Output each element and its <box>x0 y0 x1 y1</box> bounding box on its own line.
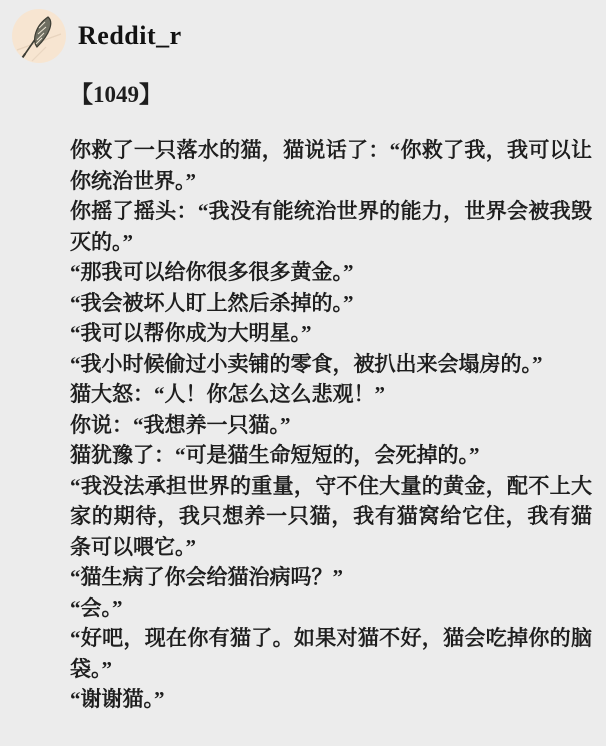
post-paragraph: “那我可以给你很多很多黄金。” <box>70 257 592 288</box>
avatar[interactable] <box>12 9 66 63</box>
post-paragraph: 你救了一只落水的猫，猫说话了：“你救了我，我可以让你统治世界。” <box>70 135 592 196</box>
post-paragraph: “我没法承担世界的重量，守不住大量的黄金，配不上大家的期待，我只想养一只猫，我有… <box>70 471 592 563</box>
post-number-tag: 【1049】 <box>70 76 606 109</box>
post-paragraph: “猫生病了你会给猫治病吗？” <box>70 562 592 593</box>
post-body: 你救了一只落水的猫，猫说话了：“你救了我，我可以让你统治世界。”你摇了摇头：“我… <box>70 135 592 715</box>
post-paragraph: “我可以帮你成为大明星。” <box>70 318 592 349</box>
post-header: Reddit_r <box>0 0 606 63</box>
post-paragraph: 你摇了摇头：“我没有能统治世界的能力，世界会被我毁灭的。” <box>70 196 592 257</box>
post-paragraph: “会。” <box>70 593 592 624</box>
quill-feather-icon <box>12 9 66 63</box>
post-paragraph: 猫犹豫了：“可是猫生命短短的，会死掉的。” <box>70 440 592 471</box>
post-page: Reddit_r 【1049】 你救了一只落水的猫，猫说话了：“你救了我，我可以… <box>0 0 606 746</box>
post-paragraph: 你说：“我想养一只猫。” <box>70 410 592 441</box>
post-paragraph: “我小时候偷过小卖铺的零食，被扒出来会塌房的。” <box>70 349 592 380</box>
post-paragraph: “好吧，现在你有猫了。如果对猫不好，猫会吃掉你的脑袋。” <box>70 623 592 684</box>
post-paragraph: 猫大怒：“人！你怎么这么悲观！” <box>70 379 592 410</box>
post-paragraph: “我会被坏人盯上然后杀掉的。” <box>70 288 592 319</box>
post-paragraph: “谢谢猫。” <box>70 684 592 715</box>
username[interactable]: Reddit_r <box>78 21 182 51</box>
